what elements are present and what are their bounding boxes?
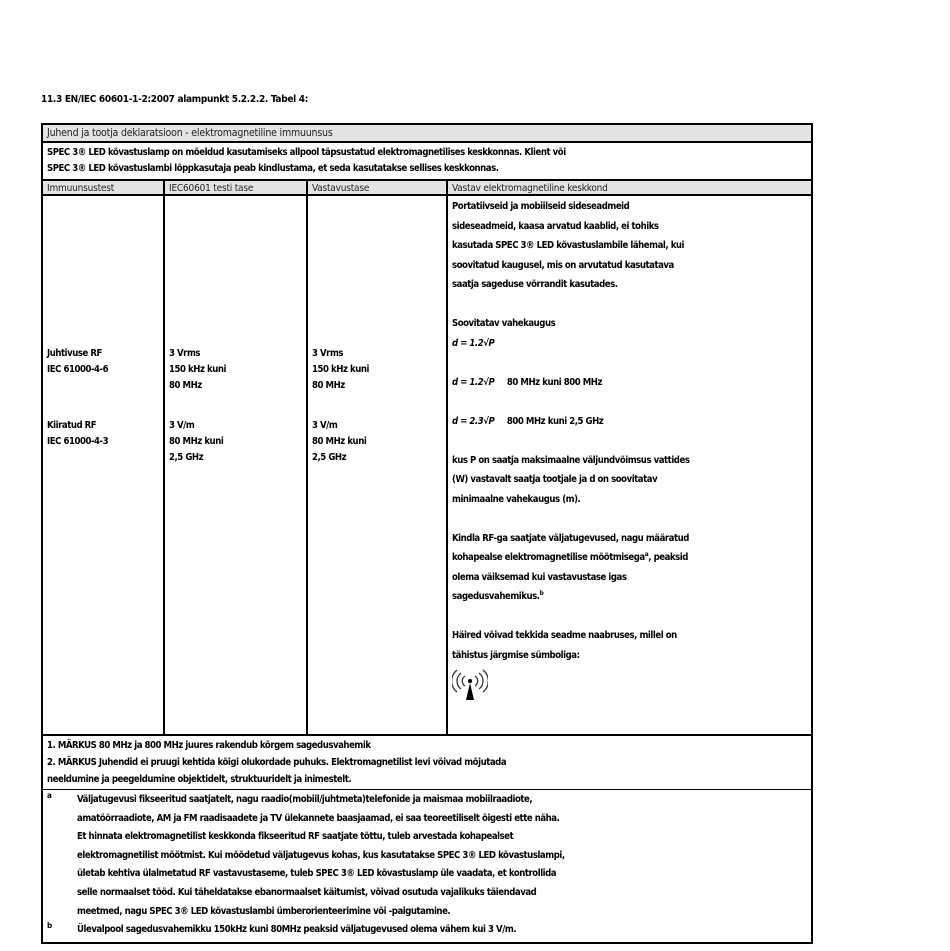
recommended-distance-label: Soovitatav vahekaugus: [452, 314, 807, 334]
field-strength-line: Kindla RF-ga saatjate väljatugevused, na…: [452, 529, 807, 549]
note-line: 2. MÄRKUS Juhendid ei pruugi kehtida kõi…: [47, 754, 807, 771]
field-strength-line: olema väiksemad kui vastavustase igas: [452, 568, 807, 588]
interference-line: tähistus järgmise sümboliga:: [452, 646, 807, 666]
formula-conducted: d = 1.2√P: [452, 334, 807, 354]
table-header-row: Immuunsustest IEC60601 testi tase Vastav…: [43, 181, 811, 196]
header-compliance-level: Vastavustase: [308, 181, 448, 194]
env-intro-line: kasutada SPEC 3® LED kõvastuslambile läh…: [452, 236, 807, 256]
compliance-value: 2,5 GHz: [312, 450, 346, 466]
header-immunity-test: Immuunsustest: [43, 181, 165, 194]
table-footnotes: a Väljatugevusi fikseeritud saatjatelt, …: [43, 790, 811, 942]
footnote-line: ületab kehtiva ülalmetatud RF vastavusta…: [77, 865, 807, 884]
formula-range: 800 MHz kuni 2,5 GHz: [507, 416, 603, 427]
test-name: Juhtivuse RF: [47, 346, 102, 362]
footnote-line: amatöörraadiote, AM ja FM raadisaadete j…: [77, 810, 807, 829]
footnote-a: a Väljatugevusi fikseeritud saatjatelt, …: [47, 791, 807, 921]
compliance-value: 80 MHz: [312, 378, 345, 394]
compliance-value: 3 Vrms: [312, 346, 343, 362]
test-level-cell: 3 Vrms 150 kHz kuni 80 MHz 3 V/m 80 MHz …: [165, 196, 308, 734]
level-value: 80 MHz: [169, 378, 202, 394]
compliance-value: 3 V/m: [312, 418, 337, 434]
where-line: kus P on saatja maksimaalne väljundvõims…: [452, 451, 807, 471]
immunity-test-cell: Juhtivuse RF IEC 61000-4-6 Kiiratud RF I…: [43, 196, 165, 734]
field-strength-line: kohapealse elektromagnetilise mõõtmisega…: [452, 548, 807, 568]
environment-cell: Portatiivseid ja mobiilseid sideseadmeid…: [448, 196, 811, 734]
footnote-line: Väljatugevusi fikseeritud saatjatelt, na…: [77, 791, 807, 810]
level-value: 3 Vrms: [169, 346, 200, 362]
formula-range: 80 MHz kuni 800 MHz: [507, 377, 602, 388]
description-line: SPEC 3® LED kõvastuslamp on mõeldud kasu…: [47, 145, 807, 161]
where-line: minimaalne vahekaugus (m).: [452, 490, 807, 510]
field-strength-line: sagedusvahemikus.b: [452, 587, 807, 607]
footnote-line: selle normaalset tööd. Kui täheldatakse …: [77, 884, 807, 903]
env-intro-line: Portatiivseid ja mobiilseid sideseadmeid: [452, 197, 807, 217]
level-value: 80 MHz kuni: [169, 434, 223, 450]
formula-radiated-low: d = 1.2√P 80 MHz kuni 800 MHz: [452, 373, 807, 393]
footnote-line: Ülevalpool sagedusvahemikku 150kHz kuni …: [77, 921, 807, 940]
section-title: 11.3 EN/IEC 60601-1-2:2007 alampunkt 5.2…: [41, 94, 308, 105]
header-environment: Vastav elektromagnetiline keskkond: [448, 181, 811, 194]
table-title: Juhend ja tootja deklaratsioon - elektro…: [43, 125, 811, 143]
where-line: (W) vastavalt saatja tootjale ja d on so…: [452, 470, 807, 490]
level-value: 2,5 GHz: [169, 450, 203, 466]
footnote-mark: b: [47, 917, 52, 936]
test-standard: IEC 61000-4-6: [47, 362, 108, 378]
footnote-ref-b: b: [540, 589, 544, 597]
formula-radiated-high: d = 2.3√P 800 MHz kuni 2,5 GHz: [452, 412, 807, 432]
level-value: 150 kHz kuni: [169, 362, 226, 378]
compliance-value: 150 kHz kuni: [312, 362, 369, 378]
footnote-b: b Ülevalpool sagedusvahemikku 150kHz kun…: [47, 921, 807, 940]
footnote-line: meetmed, nagu SPEC 3® LED kõvastuslambi …: [77, 903, 807, 922]
level-value: 3 V/m: [169, 418, 194, 434]
compliance-value: 80 MHz kuni: [312, 434, 366, 450]
note-line: 1. MÄRKUS 80 MHz ja 800 MHz juures raken…: [47, 737, 807, 754]
table-body-row: Juhtivuse RF IEC 61000-4-6 Kiiratud RF I…: [43, 196, 811, 736]
description-line: SPEC 3® LED kõvastuslambi lõppkasutaja p…: [47, 161, 807, 177]
test-standard: IEC 61000-4-3: [47, 434, 108, 450]
header-test-level: IEC60601 testi tase: [165, 181, 308, 194]
formula: d = 1.2√P: [452, 377, 494, 388]
interference-line: Häired võivad tekkida seadme naabruses, …: [452, 626, 807, 646]
table-description: SPEC 3® LED kõvastuslamp on mõeldud kasu…: [43, 143, 811, 181]
formula: d = 2.3√P: [452, 416, 494, 427]
note-line: neeldumine ja peegeldumine objektidelt, …: [47, 771, 807, 788]
env-intro-line: soovitatud kaugusel, mis on arvutatud ka…: [452, 256, 807, 276]
table-title-text: Juhend ja tootja deklaratsioon - elektro…: [47, 127, 333, 139]
emc-immunity-table: Juhend ja tootja deklaratsioon - elektro…: [41, 123, 813, 944]
env-intro-line: sideseadmeid, kaasa arvatud kaablid, ei …: [452, 217, 807, 237]
footnote-line: Et hinnata elektromagnetilist keskkonda …: [77, 828, 807, 847]
table-notes: 1. MÄRKUS 80 MHz ja 800 MHz juures raken…: [43, 736, 811, 790]
env-intro-line: saatja sageduse võrrandit kasutades.: [452, 275, 807, 295]
non-ionizing-radiation-icon: [452, 669, 488, 701]
compliance-level-cell: 3 Vrms 150 kHz kuni 80 MHz 3 V/m 80 MHz …: [308, 196, 448, 734]
test-name: Kiiratud RF: [47, 418, 96, 434]
footnote-mark: a: [47, 787, 51, 806]
footnote-line: elektromagnetilist mõõtmist. Kui mõõdetu…: [77, 847, 807, 866]
